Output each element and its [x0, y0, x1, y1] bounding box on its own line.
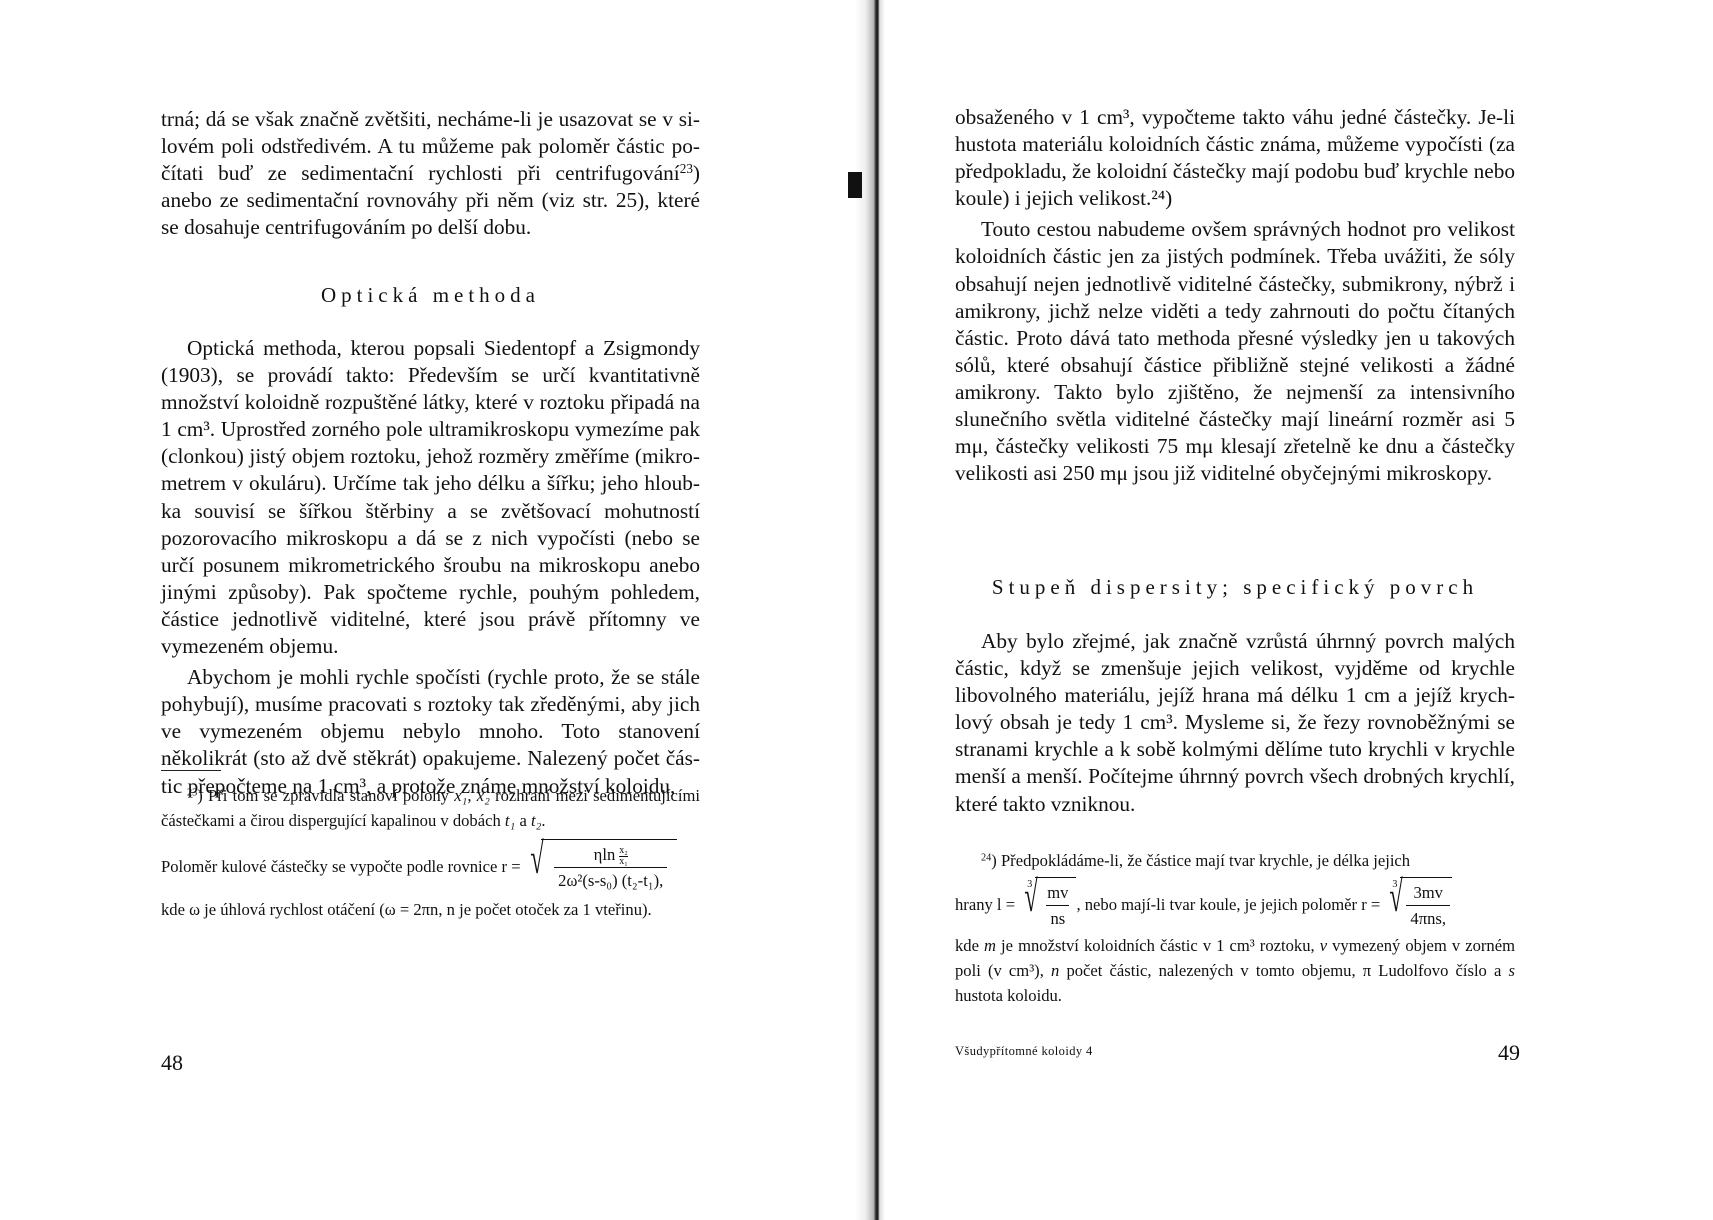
paragraph: Touto cestou nabudeme ovšem správných ho… [955, 216, 1515, 487]
footnote-continuation: kde ω je úhlová rychlost otáčení (ω = 2π… [161, 897, 700, 922]
radius-formula: Poloměr kulové částečky se vypočte podle… [161, 839, 700, 893]
left-page: trná; dá se však značně zvětšiti, nechám… [0, 0, 855, 1220]
footnote-23: 23) Při tom se zpravidla stanoví polohy … [161, 783, 700, 922]
square-root: √ ηlnx₂x₁ 2ω²(s-s₀) (t₂-t₁), [525, 839, 677, 893]
right-page: obsaženého v 1 cm³, vypočteme takto váhu… [885, 0, 1713, 1220]
signature-mark: Všudypřítomné koloidy 4 [955, 1044, 1093, 1059]
footnote-marker: 24 [981, 852, 991, 863]
section-heading-stupen-dispersity: Stupeň dispersity; specifický povrch [955, 575, 1515, 600]
footnote-marker: 23 [187, 787, 197, 798]
cube-root: √ 3 mvns [1019, 877, 1076, 931]
footnote-text: 23) Při tom se zpravidla stanoví polohy … [161, 783, 700, 833]
gutter-mark [848, 172, 862, 198]
footnote-ref-23[interactable]: 23 [680, 161, 693, 176]
book-spread: trná; dá se však značně zvětšiti, nechám… [0, 0, 1713, 1220]
cube-root: √ 3 3mv4πns, [1384, 877, 1452, 931]
section-heading-opticka-methoda: Optická methoda [161, 283, 700, 308]
continued-paragraph: trná; dá se však značně zvětšiti, nechám… [161, 106, 700, 241]
opticka-methoda-body: Optická methoda, kterou popsali Siedento… [161, 335, 700, 800]
page-number-left: 48 [161, 1050, 183, 1076]
paragraph: Aby bylo zřejmé, jak značně vzrůstá úhrn… [955, 628, 1515, 818]
edge-and-radius-formulas: hrany l = √ 3 mvns , nebo mají-li tvar k… [955, 877, 1515, 931]
right-top-body: obsaženého v 1 cm³, vypočteme takto váhu… [955, 104, 1515, 487]
paragraph: Abychom je mohli rychle spočísti (rychle… [161, 664, 700, 799]
footnote-continuation: kde m je množství koloidních částic v 1 … [955, 933, 1515, 1008]
stupen-dispersity-body: Aby bylo zřejmé, jak značně vzrůstá úhrn… [955, 628, 1515, 818]
paragraph: obsaženého v 1 cm³, vypočteme takto váhu… [955, 104, 1515, 212]
footnote-text: 24) Předpokládáme-li, že částice mají tv… [955, 848, 1515, 873]
footnote-divider [161, 770, 221, 771]
paragraph: Optická methoda, kterou popsali Siedento… [161, 335, 700, 660]
footnote-24: 24) Předpokládáme-li, že částice mají tv… [955, 848, 1515, 1008]
top-paragraph-block: trná; dá se však značně zvětšiti, nechám… [161, 106, 700, 241]
